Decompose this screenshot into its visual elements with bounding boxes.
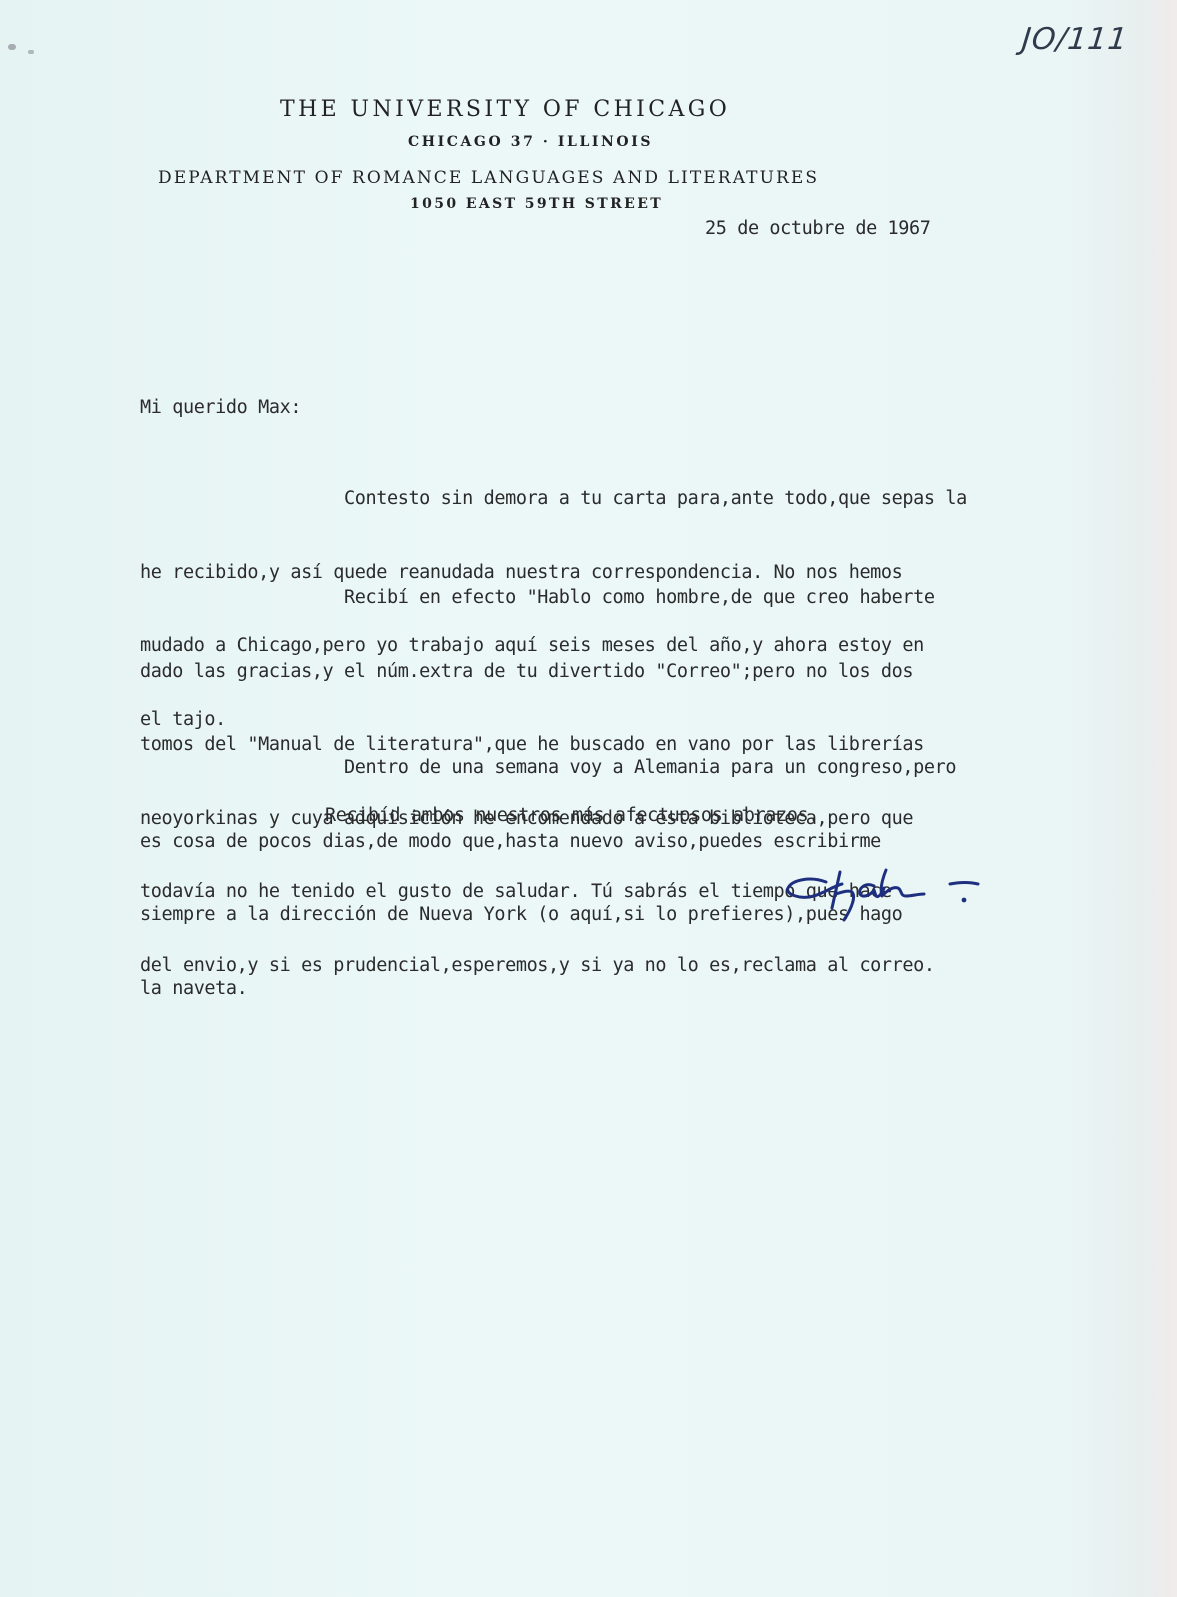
street-address: 1050 EAST 59TH STREET <box>410 196 663 212</box>
paragraph-line: la naveta. <box>140 977 956 1002</box>
paragraph-line: Recibí en efecto "Hablo como hombre,de q… <box>140 586 935 611</box>
paragraph-line: dado las gracias,y el núm.extra de tu di… <box>140 660 935 685</box>
handwritten-signature <box>782 862 1012 932</box>
paper-blemish <box>28 50 34 54</box>
paper-blemish <box>8 44 16 50</box>
letter-page: JO/111 THE UNIVERSITY OF CHICAGO CHICAGO… <box>0 0 1177 1597</box>
city-line: CHICAGO 37 · ILLINOIS <box>408 134 653 150</box>
archive-number: JO/111 <box>1020 22 1130 57</box>
institution-name: THE UNIVERSITY OF CHICAGO <box>280 97 730 122</box>
department-name: DEPARTMENT OF ROMANCE LANGUAGES AND LITE… <box>158 168 819 188</box>
letter-date: 25 de octubre de 1967 <box>705 217 931 242</box>
paragraph-line: Contesto sin demora a tu carta para,ante… <box>140 487 967 512</box>
closing-line: Recibíd ambos nuestros más afectuosos ab… <box>325 804 819 829</box>
paragraph-line: es cosa de pocos dias,de modo que,hasta … <box>140 830 956 855</box>
salutation: Mi querido Max: <box>140 396 301 421</box>
paragraph-line: Dentro de una semana voy a Alemania para… <box>140 756 956 781</box>
